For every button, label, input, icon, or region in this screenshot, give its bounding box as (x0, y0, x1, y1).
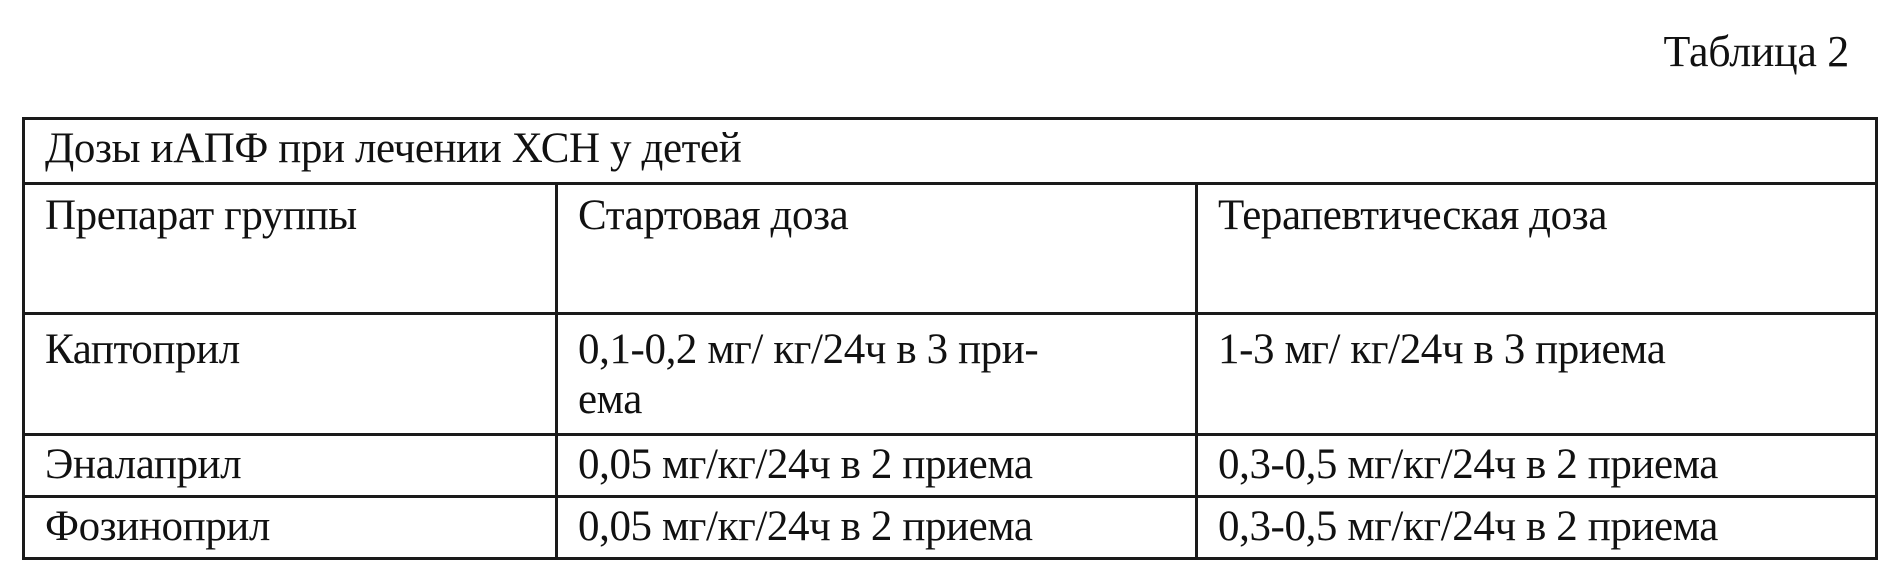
ace-inhibitor-dose-table: Дозы иАПФ при лечении ХСН у детей Препар… (22, 117, 1878, 560)
header-drug: Препарат группы (24, 184, 557, 314)
therapeutic-dose-cell: 0,3-0,5 мг/кг/24ч в 2 приема (1197, 497, 1877, 559)
therapeutic-dose-cell: 1-3 мг/ кг/24ч в 3 приема (1197, 314, 1877, 435)
table-title-row: Дозы иАПФ при лечении ХСН у детей (24, 119, 1877, 184)
start-dose-cell: 0,05 мг/кг/24ч в 2 приема (557, 497, 1197, 559)
drug-name-cell: Каптоприл (24, 314, 557, 435)
table-title: Дозы иАПФ при лечении ХСН у детей (24, 119, 1877, 184)
drug-name-cell: Эналаприл (24, 435, 557, 497)
table-row: Каптоприл 0,1-0,2 мг/ кг/24ч в 3 при- ем… (24, 314, 1877, 435)
start-dose-cell: 0,05 мг/кг/24ч в 2 приема (557, 435, 1197, 497)
table-row: Фозиноприл 0,05 мг/кг/24ч в 2 приема 0,3… (24, 497, 1877, 559)
drug-name-cell: Фозиноприл (24, 497, 557, 559)
table-caption: Таблица 2 (1664, 30, 1849, 74)
therapeutic-dose-cell: 0,3-0,5 мг/кг/24ч в 2 приема (1197, 435, 1877, 497)
table-row: Эналаприл 0,05 мг/кг/24ч в 2 приема 0,3-… (24, 435, 1877, 497)
table-header-row: Препарат группы Стартовая доза Терапевти… (24, 184, 1877, 314)
header-start-dose: Стартовая доза (557, 184, 1197, 314)
start-dose-cell: 0,1-0,2 мг/ кг/24ч в 3 при- ема (557, 314, 1197, 435)
header-therapeutic-dose: Терапевтическая доза (1197, 184, 1877, 314)
